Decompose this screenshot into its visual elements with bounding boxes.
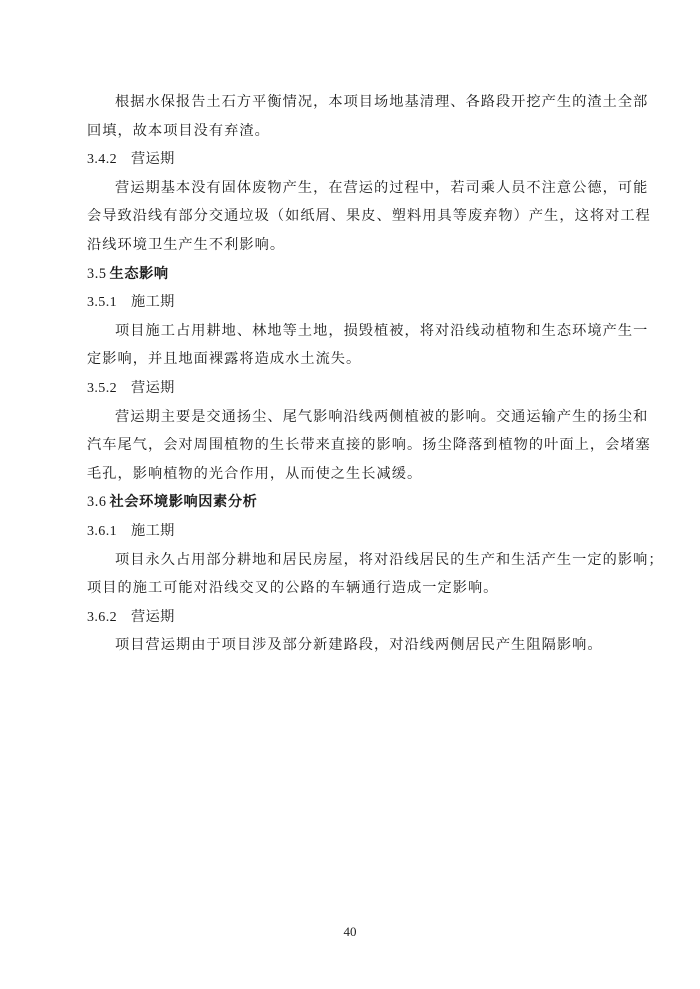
- paragraph-line: 回填，故本项目没有弃渣。: [87, 117, 609, 146]
- section-heading-3-5-1: 3.5.1施工期: [87, 288, 609, 317]
- section-title: 社会环境影响因素分析: [110, 494, 258, 510]
- paragraph-line: 沿线环境卫生产生不利影响。: [87, 231, 609, 260]
- section-number: 3.5: [87, 266, 107, 282]
- page-number: 40: [0, 924, 700, 940]
- section-title: 营运期: [131, 380, 175, 396]
- section-number: 3.5.1: [87, 289, 131, 318]
- section-heading-3-6: 3.6社会环境影响因素分析: [87, 488, 609, 517]
- section-title: 施工期: [131, 523, 175, 539]
- section-title: 营运期: [131, 151, 175, 167]
- paragraph-line: 营运期主要是交通扬尘、尾气影响沿线两侧植被的影响。交通运输产生的扬尘和: [87, 403, 609, 432]
- paragraph-line: 根据水保报告土石方平衡情况，本项目场地基清理、各路段开挖产生的渣土全部: [87, 88, 609, 117]
- section-number: 3.6.2: [87, 604, 131, 633]
- section-heading-3-6-1: 3.6.1施工期: [87, 517, 609, 546]
- section-heading-3-5: 3.5生态影响: [87, 260, 609, 289]
- section-title: 施工期: [131, 294, 175, 310]
- section-number: 3.5.2: [87, 375, 131, 404]
- paragraph-line: 项目永久占用部分耕地和居民房屋，将对沿线居民的生产和生活产生一定的影响；: [87, 546, 609, 575]
- document-body: 根据水保报告土石方平衡情况，本项目场地基清理、各路段开挖产生的渣土全部 回填，故…: [87, 88, 609, 660]
- paragraph-line: 营运期基本没有固体废物产生，在营运的过程中，若司乘人员不注意公德，可能: [87, 174, 609, 203]
- paragraph-line: 项目的施工可能对沿线交叉的公路的车辆通行造成一定影响。: [87, 574, 609, 603]
- paragraph-line: 会导致沿线有部分交通垃圾（如纸屑、果皮、塑料用具等废弃物）产生，这将对工程: [87, 202, 609, 231]
- paragraph-line: 定影响，并且地面裸露将造成水土流失。: [87, 345, 609, 374]
- section-title: 生态影响: [110, 266, 169, 282]
- paragraph-line: 项目营运期由于项目涉及部分新建路段，对沿线两侧居民产生阻隔影响。: [87, 631, 609, 660]
- paragraph-line: 毛孔，影响植物的光合作用，从而使之生长减缓。: [87, 460, 609, 489]
- paragraph-line: 项目施工占用耕地、林地等土地，损毁植被，将对沿线动植物和生态环境产生一: [87, 317, 609, 346]
- paragraph-line: 汽车尾气，会对周围植物的生长带来直接的影响。扬尘降落到植物的叶面上，会堵塞: [87, 431, 609, 460]
- section-title: 营运期: [131, 609, 175, 625]
- section-heading-3-4-2: 3.4.2营运期: [87, 145, 609, 174]
- section-number: 3.6.1: [87, 518, 131, 547]
- section-heading-3-6-2: 3.6.2营运期: [87, 603, 609, 632]
- section-number: 3.6: [87, 494, 107, 510]
- section-number: 3.4.2: [87, 146, 131, 175]
- section-heading-3-5-2: 3.5.2营运期: [87, 374, 609, 403]
